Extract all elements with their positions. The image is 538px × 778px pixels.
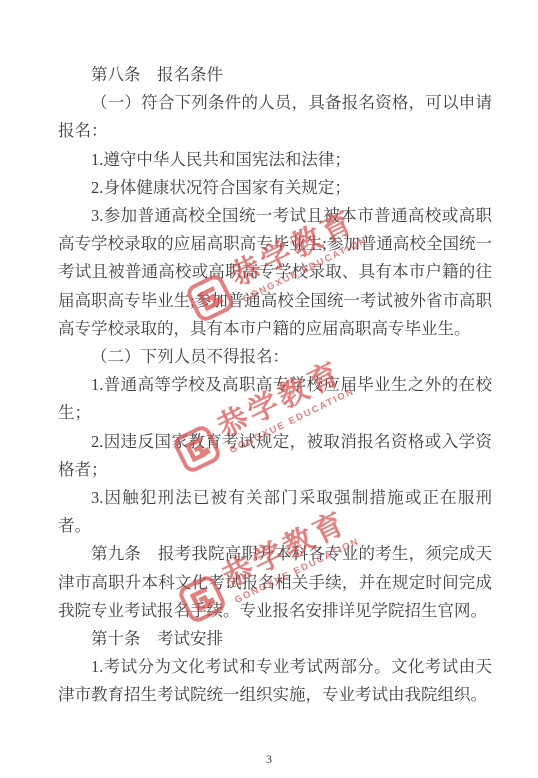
eligibility-item-1: 1.遵守中华人民共和国宪法和法律； — [58, 146, 492, 174]
page-number: 3 — [0, 752, 538, 767]
clause-2-intro: （二）下列人员不得报名： — [58, 343, 492, 371]
clause-1-intro: （一）符合下列条件的人员，具备报名资格，可以申请报名： — [58, 89, 492, 145]
article-9-paragraph: 第九条 报考我院高职升本科各专业的考生，须完成天津市高职升本科文化考试报名相关手… — [58, 540, 492, 625]
eligibility-item-3: 3.参加普通高校全国统一考试且被本市普通高校或高职高专学校录取的应届高职高专毕业… — [58, 202, 492, 343]
document-body: 第八条 报名条件 （一）符合下列条件的人员，具备报名资格，可以申请报名： 1.遵… — [58, 61, 492, 710]
ineligible-item-3: 3.因触犯刑法已被有关部门采取强制措施或正在服刑者。 — [58, 484, 492, 540]
eligibility-item-2: 2.身体健康状况符合国家有关规定； — [58, 174, 492, 202]
article-10-heading: 第十条 考试安排 — [58, 625, 492, 653]
page-background: 第八条 报名条件 （一）符合下列条件的人员，具备报名资格，可以申请报名： 1.遵… — [0, 0, 538, 778]
article-8-heading: 第八条 报名条件 — [58, 61, 492, 89]
ineligible-item-2: 2.因违反国家教育考试规定，被取消报名资格或入学资格者； — [58, 428, 492, 484]
document-page: { "page": { "background": "#ffffff", "te… — [0, 0, 538, 778]
exam-arrangement-item-1: 1.考试分为文化考试和专业考试两部分。文化考试由天津市教育招生考试院统一组织实施… — [58, 653, 492, 709]
ineligible-item-1: 1.普通高等学校及高职高专学校应届毕业生之外的在校生； — [58, 371, 492, 427]
